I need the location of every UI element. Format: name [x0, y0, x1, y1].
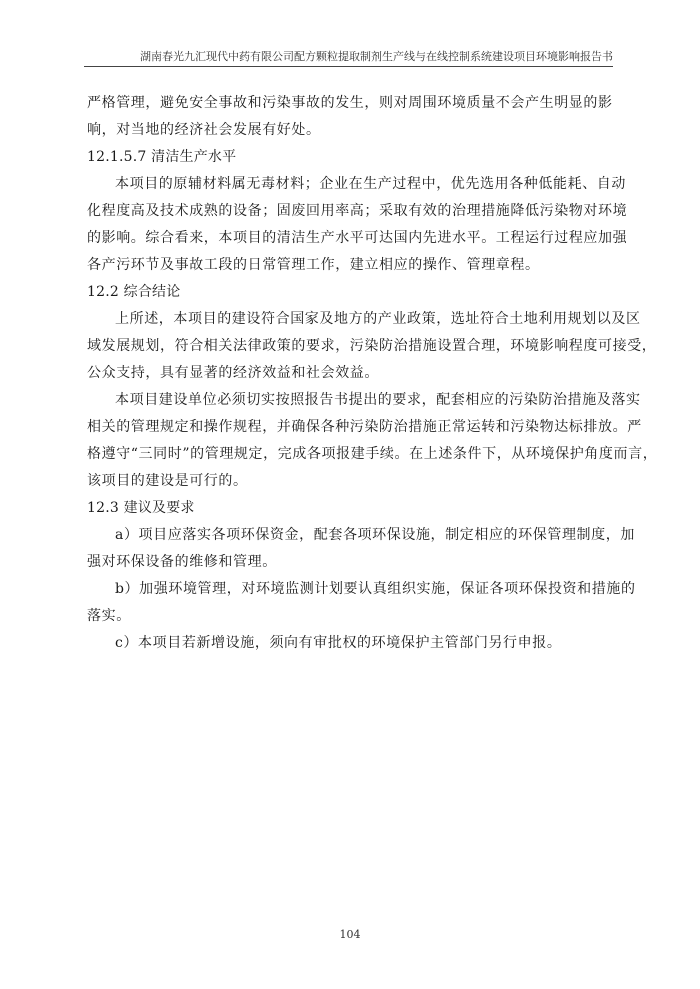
- section-heading-12-2: 12.2 综合结论: [87, 279, 617, 306]
- list-item-b: b）加强环境管理，对环境监测计划要认真组织实施，保证各项环保投资和措施的: [87, 576, 617, 603]
- section-heading-12-3: 12.3 建议及要求: [87, 495, 617, 522]
- paragraph-line: 本项目的原辅材料属无毒材料；企业在生产过程中，优先选用各种低能耗、自动: [87, 171, 617, 198]
- paragraph-line: 格遵守“三同时”的管理规定，完成各项报建手续。在上述条件下，从环境保护角度而言，: [87, 441, 617, 468]
- list-item-c: c）本项目若新增设施，须向有审批权的环境保护主管部门另行申报。: [87, 630, 617, 657]
- paragraph-line: 域发展规划，符合相关法律政策的要求，污染防治措施设置合理，环境影响程度可接受，: [87, 333, 617, 360]
- paragraph-line: 公众支持，具有显著的经济效益和社会效益。: [87, 360, 617, 387]
- list-item-b-cont: 落实。: [87, 603, 617, 630]
- list-item-a: a）项目应落实各项环保资金，配套各项环保设施，制定相应的环保管理制度，加: [87, 522, 617, 549]
- paragraph-line: 各产污环节及事故工段的日常管理工作，建立相应的操作、管理章程。: [87, 252, 617, 279]
- list-item-a-cont: 强对环保设备的维修和管理。: [87, 549, 617, 576]
- page-number: 104: [0, 928, 700, 941]
- paragraph-line: 响，对当地的经济社会发展有好处。: [87, 117, 617, 144]
- section-heading-12-1-5-7: 12.1.5.7 清洁生产水平: [87, 144, 617, 171]
- paragraph-line: 上所述，本项目的建设符合国家及地方的产业政策，选址符合土地利用规划以及区: [87, 306, 617, 333]
- running-header: 湖南春光九汇现代中药有限公司配方颗粒提取制剂生产线与在线控制系统建设项目环境影响…: [84, 50, 613, 64]
- header-divider: [84, 66, 613, 67]
- paragraph-line: 该项目的建设是可行的。: [87, 468, 617, 495]
- page-body: 严格管理，避免安全事故和污染事故的发生，则对周围环境质量不会产生明显的影 响，对…: [87, 90, 617, 657]
- paragraph-line: 化程度高及技术成熟的设备；固废回用率高；采取有效的治理措施降低污染物对环境: [87, 198, 617, 225]
- paragraph-line: 本项目建设单位必须切实按照报告书提出的要求，配套相应的污染防治措施及落实: [87, 387, 617, 414]
- paragraph-line: 严格管理，避免安全事故和污染事故的发生，则对周围环境质量不会产生明显的影: [87, 90, 617, 117]
- paragraph-line: 的影响。综合看来，本项目的清洁生产水平可达国内先进水平。工程运行过程应加强: [87, 225, 617, 252]
- paragraph-line: 相关的管理规定和操作规程，并确保各种污染防治措施正常运转和污染物达标排放。严: [87, 414, 617, 441]
